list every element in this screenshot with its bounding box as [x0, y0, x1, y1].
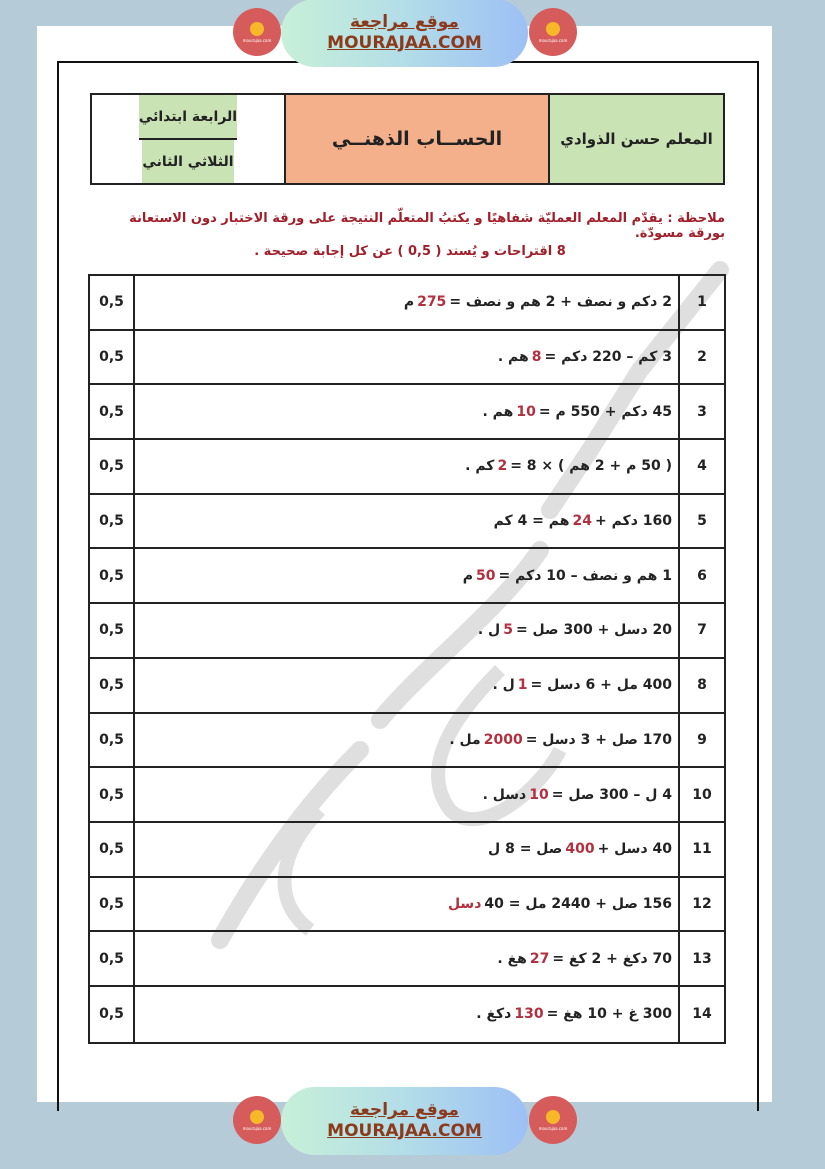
expression-unit: دسل . — [483, 787, 527, 803]
expression-cell: 170 صل + 3 دسل = 2000 مل . — [135, 714, 678, 767]
badge-text: mourajaa.com — [539, 38, 568, 43]
expression-cell: 20 دسل + 300 صل = 5 ل . — [135, 604, 678, 657]
table-row: 0,5156 صل + 2440 مل = 40 دسل12 — [90, 878, 724, 933]
site-logo-badge: mourajaa.com — [529, 1096, 577, 1144]
expression-cell: 40 دسل + 400 صل = 8 ل — [135, 823, 678, 876]
row-number: 4 — [678, 440, 724, 493]
row-number: 3 — [678, 385, 724, 438]
expression-unit: م — [463, 568, 473, 584]
exercise-table: 0,52 دكم و نصف + 2 هم و نصف = 275 م10,53… — [88, 274, 726, 1044]
expression-unit: ل . — [492, 677, 514, 693]
site-name-latin[interactable]: MOURAJAA.COM — [327, 32, 482, 54]
expression-cell: 1 هم و نصف – 10 دكم = 50 م — [135, 549, 678, 602]
row-number: 2 — [678, 331, 724, 384]
answer-value: 130 — [511, 1006, 546, 1022]
expression-cell: 400 مل + 6 دسل = 1 ل . — [135, 659, 678, 712]
teacher-name: المعلم حسن الذوادي — [550, 95, 723, 183]
expression-unit: كم . — [465, 458, 494, 474]
answer-value: 27 — [527, 951, 552, 967]
answer-value: 24 — [569, 513, 594, 529]
score-cell: 0,5 — [90, 823, 135, 876]
table-row: 0,52 دكم و نصف + 2 هم و نصف = 275 م1 — [90, 276, 724, 331]
table-row: 0,570 دكغ + 2 كغ = 27 هغ .13 — [90, 932, 724, 987]
expression-text: 300 غ + 10 هغ = — [547, 1006, 672, 1022]
score-cell: 0,5 — [90, 659, 135, 712]
answer-value: 275 — [414, 294, 449, 310]
expression-cell: 160 دكم + 24 هم = 4 كم — [135, 495, 678, 548]
expression-unit: هم . — [498, 349, 529, 365]
table-row: 0,5( 50 م + 2 هم ) × 8 = 2 كم .4 — [90, 440, 724, 495]
expression-unit: هم = 4 كم — [494, 513, 570, 529]
site-name-arabic[interactable]: موقع مراجعة — [350, 12, 459, 32]
expression-cell: 300 غ + 10 هغ = 130 دكغ . — [135, 987, 678, 1042]
answer-value: 400 — [562, 841, 597, 857]
score-cell: 0,5 — [90, 440, 135, 493]
expression-unit: ل . — [478, 622, 500, 638]
site-link[interactable]: موقع مراجعة MOURAJAA.COM — [281, 1087, 528, 1155]
score-cell: 0,5 — [90, 331, 135, 384]
answer-value: 8 — [529, 349, 545, 365]
book-icon — [546, 1110, 560, 1124]
term-label: الثلاثي الثاني — [142, 140, 233, 183]
row-number: 7 — [678, 604, 724, 657]
expression-cell: 45 دكم + 550 م = 10 هم . — [135, 385, 678, 438]
book-icon — [250, 22, 264, 36]
answer-value: 10 — [513, 404, 538, 420]
answer-value: 2000 — [481, 732, 526, 748]
answer-value: 5 — [500, 622, 516, 638]
row-number: 11 — [678, 823, 724, 876]
score-cell: 0,5 — [90, 714, 135, 767]
expression-cell: 156 صل + 2440 مل = 40 دسل — [135, 878, 678, 931]
site-banner-bottom[interactable]: mourajaa.com موقع مراجعة MOURAJAA.COM mo… — [233, 1082, 578, 1154]
site-logo-badge: mourajaa.com — [529, 8, 577, 56]
expression-text: 40 دسل + — [598, 841, 672, 857]
site-link[interactable]: موقع مراجعة MOURAJAA.COM — [281, 0, 528, 67]
score-cell: 0,5 — [90, 276, 135, 329]
answer-value: 50 — [473, 568, 498, 584]
worksheet-title: الحســاب الذهنــي — [286, 95, 550, 183]
table-row: 0,5160 دكم + 24 هم = 4 كم5 — [90, 495, 724, 550]
expression-unit: دكغ . — [476, 1006, 511, 1022]
expression-text: 400 مل + 6 دسل = — [531, 677, 672, 693]
instructions-note: ملاحظة : يقدّم المعلم العمليّة شفاهيًا و… — [95, 211, 725, 241]
score-cell: 0,5 — [90, 604, 135, 657]
expression-unit: صل = 8 ل — [488, 841, 562, 857]
site-logo-badge: mourajaa.com — [233, 8, 281, 56]
expression-text: ( 50 م + 2 هم ) × 8 = — [510, 458, 672, 474]
expression-text: 156 صل + 2440 مل = 40 — [484, 896, 672, 912]
expression-cell: 3 كم – 220 دكم = 8 هم . — [135, 331, 678, 384]
row-number: 12 — [678, 878, 724, 931]
answer-value: 1 — [515, 677, 531, 693]
row-number: 14 — [678, 987, 724, 1042]
book-icon — [546, 22, 560, 36]
table-row: 0,53 كم – 220 دكم = 8 هم .2 — [90, 331, 724, 386]
score-cell: 0,5 — [90, 385, 135, 438]
score-cell: 0,5 — [90, 549, 135, 602]
badge-text: mourajaa.com — [243, 38, 272, 43]
expression-unit: هم . — [482, 404, 513, 420]
score-cell: 0,5 — [90, 932, 135, 985]
badge-text: mourajaa.com — [243, 1126, 272, 1131]
site-banner-top[interactable]: mourajaa.com موقع مراجعة MOURAJAA.COM mo… — [233, 0, 578, 66]
table-row: 0,540 دسل + 400 صل = 8 ل11 — [90, 823, 724, 878]
score-cell: 0,5 — [90, 987, 135, 1042]
table-row: 0,51 هم و نصف – 10 دكم = 50 م6 — [90, 549, 724, 604]
expression-text: 70 دكغ + 2 كغ = — [552, 951, 672, 967]
expression-text: 1 هم و نصف – 10 دكم = — [498, 568, 672, 584]
row-number: 1 — [678, 276, 724, 329]
answer-value: 10 — [526, 787, 551, 803]
expression-unit: مل . — [449, 732, 480, 748]
book-icon — [250, 1110, 264, 1124]
expression-text: 4 ل – 300 صل = — [552, 787, 672, 803]
site-name-latin[interactable]: MOURAJAA.COM — [327, 1120, 482, 1142]
expression-text: 45 دكم + 550 م = — [539, 404, 672, 420]
expression-cell: ( 50 م + 2 هم ) × 8 = 2 كم . — [135, 440, 678, 493]
site-name-arabic[interactable]: موقع مراجعة — [350, 1100, 459, 1120]
table-row: 0,54 ل – 300 صل = 10 دسل .10 — [90, 768, 724, 823]
score-cell: 0,5 — [90, 768, 135, 821]
expression-cell: 70 دكغ + 2 كغ = 27 هغ . — [135, 932, 678, 985]
row-number: 9 — [678, 714, 724, 767]
expression-cell: 2 دكم و نصف + 2 هم و نصف = 275 م — [135, 276, 678, 329]
table-row: 0,545 دكم + 550 م = 10 هم .3 — [90, 385, 724, 440]
table-row: 0,5170 صل + 3 دسل = 2000 مل .9 — [90, 714, 724, 769]
answer-value: 2 — [494, 458, 510, 474]
row-number: 5 — [678, 495, 724, 548]
worksheet-header: الرابعة ابتدائي الثلاثي الثاني الحســاب … — [90, 93, 725, 185]
grade-term-cell: الرابعة ابتدائي الثلاثي الثاني — [92, 95, 286, 183]
table-row: 0,520 دسل + 300 صل = 5 ل .7 — [90, 604, 724, 659]
scoring-note: 8 اقتراحات و يُسند ( 0,5 ) عن كل إجابة ص… — [95, 244, 725, 259]
row-number: 10 — [678, 768, 724, 821]
score-cell: 0,5 — [90, 495, 135, 548]
expression-text: 3 كم – 220 دكم = — [544, 349, 672, 365]
badge-text: mourajaa.com — [539, 1126, 568, 1131]
row-number: 6 — [678, 549, 724, 602]
table-row: 0,5400 مل + 6 دسل = 1 ل .8 — [90, 659, 724, 714]
expression-text: 160 دكم + — [595, 513, 672, 529]
score-cell: 0,5 — [90, 878, 135, 931]
expression-cell: 4 ل – 300 صل = 10 دسل . — [135, 768, 678, 821]
expression-text: 20 دسل + 300 صل = — [516, 622, 672, 638]
table-row: 0,5300 غ + 10 هغ = 130 دكغ .14 — [90, 987, 724, 1042]
row-number: 13 — [678, 932, 724, 985]
answer-value: دسل — [445, 896, 484, 912]
expression-text: 2 دكم و نصف + 2 هم و نصف = — [449, 294, 672, 310]
site-logo-badge: mourajaa.com — [233, 1096, 281, 1144]
expression-unit: هغ . — [497, 951, 526, 967]
expression-text: 170 صل + 3 دسل = — [526, 732, 672, 748]
grade-label: الرابعة ابتدائي — [139, 95, 237, 140]
row-number: 8 — [678, 659, 724, 712]
expression-unit: م — [404, 294, 414, 310]
